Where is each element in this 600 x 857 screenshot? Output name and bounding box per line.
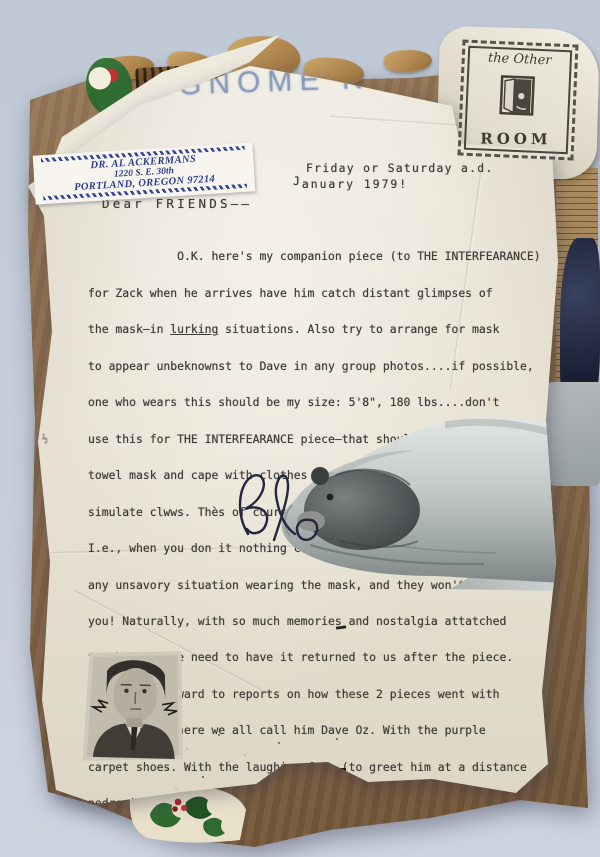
photo-of-collage-letter: GNOME KING Friday or Saturday a.d. Janua…	[0, 0, 600, 857]
body-line: one who wears this should be my size: 5'…	[88, 396, 541, 408]
body-line-part: the mask—in	[88, 322, 170, 336]
date-line-1: Friday or Saturday a.d.	[306, 161, 494, 175]
stamp-frame: the Other ROOM	[464, 46, 572, 154]
stray-ink-mark	[338, 768, 346, 774]
ink-signature	[232, 468, 324, 555]
body-line: to appear unbeknownst to Dave in any gro…	[88, 360, 541, 372]
body-line: pedro infante everywhere he goes ok? Mor…	[88, 797, 541, 809]
stamp-top-text: the Other	[488, 51, 552, 69]
man-portrait-photo	[70, 644, 199, 774]
ink-speckles	[140, 728, 142, 730]
raised-initial: J	[293, 174, 302, 188]
date-line-2: January 1979!	[293, 177, 408, 191]
margin-note: ½	[42, 434, 48, 445]
date-line-2-rest: anuary 1979!	[302, 177, 408, 191]
body-line: O.K. here's my companion piece (to THE I…	[88, 250, 541, 262]
paper-crease	[330, 115, 480, 129]
letterhead-title: GNOME KING	[177, 59, 443, 102]
stamp-bottom-text: ROOM	[481, 130, 552, 149]
body-line: you! Naturally, with so much memories an…	[88, 615, 541, 627]
underlined-word: lurking	[170, 322, 218, 336]
body-line: the mask—in lurking situations. Also try…	[88, 323, 541, 335]
body-line-part: situations. Also try to arrange for mask	[218, 322, 499, 336]
rubber-stamp: the Other ROOM	[458, 40, 579, 161]
body-line: for Zack when he arrives have him catch …	[88, 287, 541, 299]
open-door-icon	[498, 74, 538, 123]
